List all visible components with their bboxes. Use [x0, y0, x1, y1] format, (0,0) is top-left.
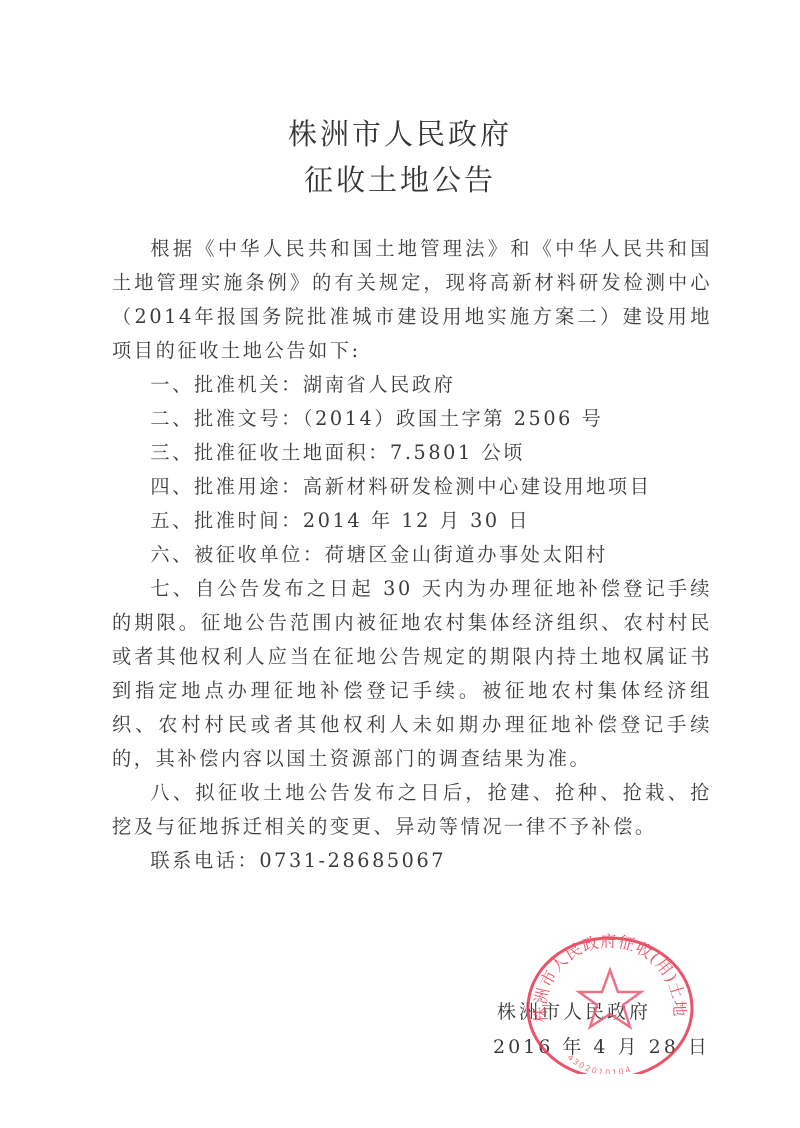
- document-title-issuer: 株洲市人民政府: [0, 112, 800, 153]
- signature-date: 2016 年 4 月 28 日: [493, 1032, 710, 1059]
- item-approval-document-number: 二、批准文号：（2014）政国土字第 2506 号: [112, 402, 712, 436]
- document-title: 征收土地公告: [0, 158, 800, 199]
- item-land-area: 三、批准征收土地面积：7.5801 公顷: [112, 436, 712, 470]
- document-body: 根据《中华人民共和国土地管理法》和《中华人民共和国土地管理实施条例》的有关规定，…: [112, 232, 712, 878]
- item-approval-date: 五、批准时间：2014 年 12 月 30 日: [112, 504, 712, 538]
- document-page: 株洲市人民政府 征收土地公告 根据《中华人民共和国土地管理法》和《中华人民共和国…: [0, 0, 800, 1128]
- item-approved-use: 四、批准用途：高新材料研发检测中心建设用地项目: [112, 470, 712, 504]
- paragraph-registration-period: 七、自公告发布之日起 30 天内为办理征地补偿登记手续的期限。征地公告范围内被征…: [112, 572, 712, 776]
- item-expropriated-unit: 六、被征收单位：荷塘区金山街道办事处太阳村: [112, 538, 712, 572]
- item-approval-authority: 一、批准机关：湖南省人民政府: [112, 368, 712, 402]
- intro-paragraph: 根据《中华人民共和国土地管理法》和《中华人民共和国土地管理实施条例》的有关规定，…: [112, 232, 712, 368]
- signature-issuer: 株洲市人民政府: [497, 997, 651, 1024]
- paragraph-no-compensation: 八、拟征收土地公告发布之日后，抢建、抢种、抢栽、抢挖及与征地拆迁相关的变更、异动…: [112, 776, 712, 844]
- contact-phone: 联系电话：0731-28685067: [112, 844, 712, 878]
